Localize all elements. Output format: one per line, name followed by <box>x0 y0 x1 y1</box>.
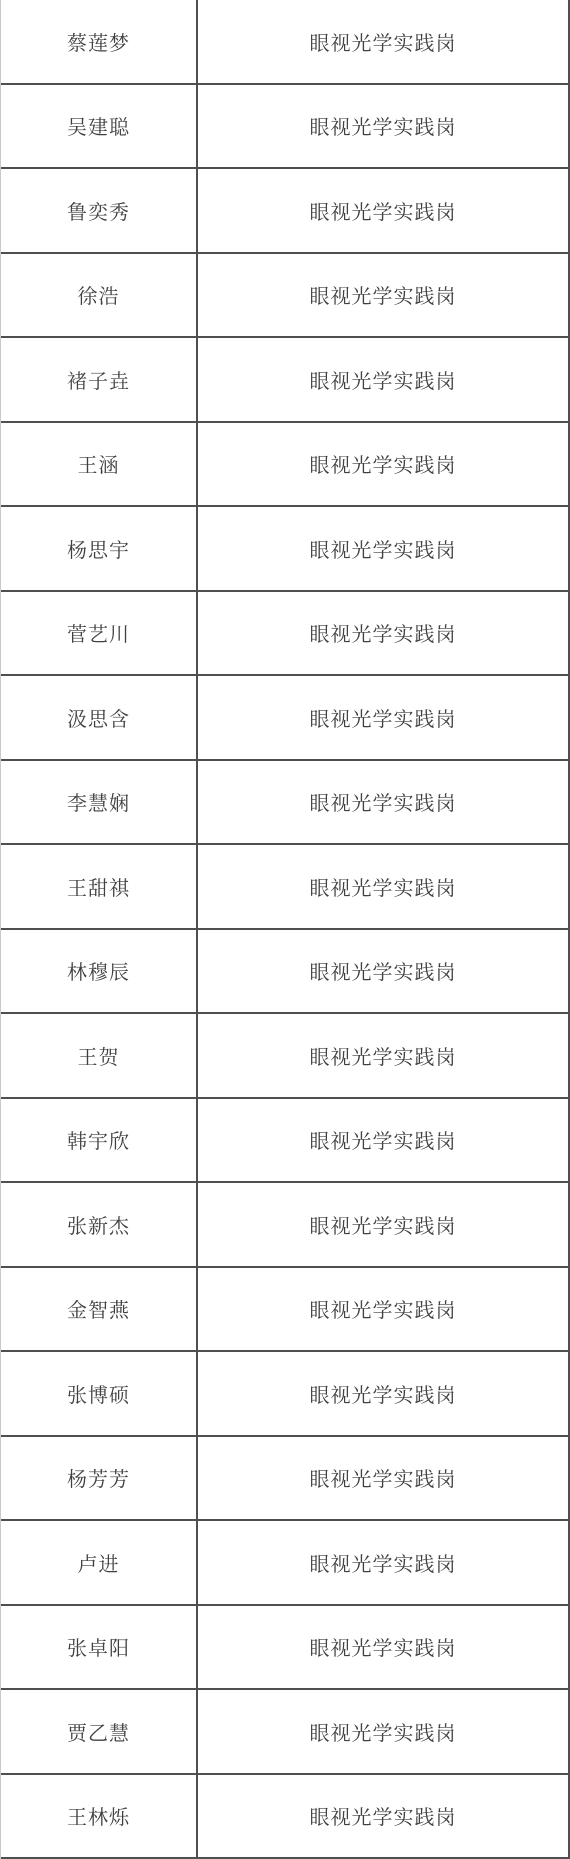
position-label: 眼视光学实践岗 <box>310 1463 457 1492</box>
student-name: 金智燕 <box>67 1294 130 1323</box>
table-row: 杨思宇 眼视光学实践岗 <box>1 507 568 592</box>
table-row: 王甜祺 眼视光学实践岗 <box>1 845 568 930</box>
student-name-cell: 徐浩 <box>1 254 198 337</box>
student-name-cell: 鲁奕秀 <box>1 169 198 252</box>
position-cell: 眼视光学实践岗 <box>198 85 568 168</box>
position-cell: 眼视光学实践岗 <box>198 507 568 590</box>
position-cell: 眼视光学实践岗 <box>198 1014 568 1097</box>
position-cell: 眼视光学实践岗 <box>198 1352 568 1435</box>
position-label: 眼视光学实践岗 <box>310 618 457 647</box>
table-row: 韩宇欣 眼视光学实践岗 <box>1 1099 568 1184</box>
student-name: 蔡莲梦 <box>67 27 130 56</box>
table-row: 徐浩 眼视光学实践岗 <box>1 254 568 339</box>
student-name: 杨芳芳 <box>67 1463 130 1492</box>
student-name-cell: 汲思含 <box>1 676 198 759</box>
student-name-cell: 杨芳芳 <box>1 1437 198 1520</box>
position-cell: 眼视光学实践岗 <box>198 338 568 421</box>
student-name: 李慧娴 <box>67 787 130 816</box>
student-name: 林穆辰 <box>67 956 130 985</box>
student-name-cell: 王林烁 <box>1 1775 198 1858</box>
position-label: 眼视光学实践岗 <box>310 1632 457 1661</box>
position-label: 眼视光学实践岗 <box>310 449 457 478</box>
table-row: 汲思含 眼视光学实践岗 <box>1 676 568 761</box>
table-row: 吴建聪 眼视光学实践岗 <box>1 85 568 170</box>
position-cell: 眼视光学实践岗 <box>198 1521 568 1604</box>
student-name: 王贺 <box>78 1041 120 1070</box>
table-row: 鲁奕秀 眼视光学实践岗 <box>1 169 568 254</box>
student-name-cell: 张卓阳 <box>1 1606 198 1689</box>
student-name: 褚子垚 <box>67 365 130 394</box>
position-label: 眼视光学实践岗 <box>310 1041 457 1070</box>
student-name-cell: 吴建聪 <box>1 85 198 168</box>
student-name: 张新杰 <box>67 1210 130 1239</box>
position-label: 眼视光学实践岗 <box>310 1294 457 1323</box>
position-cell: 眼视光学实践岗 <box>198 1690 568 1773</box>
position-cell: 眼视光学实践岗 <box>198 1437 568 1520</box>
position-label: 眼视光学实践岗 <box>310 534 457 563</box>
student-name: 菅艺川 <box>67 618 130 647</box>
position-cell: 眼视光学实践岗 <box>198 592 568 675</box>
student-name-cell: 褚子垚 <box>1 338 198 421</box>
position-label: 眼视光学实践岗 <box>310 703 457 732</box>
student-name-cell: 林穆辰 <box>1 930 198 1013</box>
position-label: 眼视光学实践岗 <box>310 1548 457 1577</box>
student-name-cell: 蔡莲梦 <box>1 0 198 83</box>
position-label: 眼视光学实践岗 <box>310 1379 457 1408</box>
position-cell: 眼视光学实践岗 <box>198 169 568 252</box>
position-cell: 眼视光学实践岗 <box>198 761 568 844</box>
table-row: 林穆辰 眼视光学实践岗 <box>1 930 568 1015</box>
student-name: 韩宇欣 <box>67 1125 130 1154</box>
student-name: 卢进 <box>78 1548 120 1577</box>
table-row: 张博硕 眼视光学实践岗 <box>1 1352 568 1437</box>
position-cell: 眼视光学实践岗 <box>198 930 568 1013</box>
student-name: 王甜祺 <box>67 872 130 901</box>
student-name-cell: 菅艺川 <box>1 592 198 675</box>
position-label: 眼视光学实践岗 <box>310 1210 457 1239</box>
position-label: 眼视光学实践岗 <box>310 111 457 140</box>
position-label: 眼视光学实践岗 <box>310 872 457 901</box>
student-name-cell: 张新杰 <box>1 1183 198 1266</box>
student-name-cell: 韩宇欣 <box>1 1099 198 1182</box>
student-name: 张卓阳 <box>67 1632 130 1661</box>
position-label: 眼视光学实践岗 <box>310 280 457 309</box>
position-label: 眼视光学实践岗 <box>310 1125 457 1154</box>
student-name-cell: 张博硕 <box>1 1352 198 1435</box>
student-name: 王涵 <box>78 449 120 478</box>
student-name-cell: 李慧娴 <box>1 761 198 844</box>
position-label: 眼视光学实践岗 <box>310 196 457 225</box>
position-label: 眼视光学实践岗 <box>310 365 457 394</box>
position-cell: 眼视光学实践岗 <box>198 676 568 759</box>
table-row: 贾乙慧 眼视光学实践岗 <box>1 1690 568 1775</box>
table-row: 王林烁 眼视光学实践岗 <box>1 1775 568 1859</box>
student-name-cell: 杨思宇 <box>1 507 198 590</box>
student-name-cell: 王涵 <box>1 423 198 506</box>
table-row: 王涵 眼视光学实践岗 <box>1 423 568 508</box>
position-label: 眼视光学实践岗 <box>310 1717 457 1746</box>
student-name-cell: 王甜祺 <box>1 845 198 928</box>
table-row: 王贺 眼视光学实践岗 <box>1 1014 568 1099</box>
table-row: 卢进 眼视光学实践岗 <box>1 1521 568 1606</box>
student-name-cell: 王贺 <box>1 1014 198 1097</box>
student-name: 贾乙慧 <box>67 1717 130 1746</box>
table-row: 杨芳芳 眼视光学实践岗 <box>1 1437 568 1522</box>
position-label: 眼视光学实践岗 <box>310 27 457 56</box>
student-name: 张博硕 <box>67 1379 130 1408</box>
student-name: 徐浩 <box>78 280 120 309</box>
table-row: 张卓阳 眼视光学实践岗 <box>1 1606 568 1691</box>
position-cell: 眼视光学实践岗 <box>198 254 568 337</box>
position-cell: 眼视光学实践岗 <box>198 1775 568 1858</box>
student-name-cell: 金智燕 <box>1 1268 198 1351</box>
position-cell: 眼视光学实践岗 <box>198 423 568 506</box>
position-cell: 眼视光学实践岗 <box>198 1099 568 1182</box>
position-label: 眼视光学实践岗 <box>310 1801 457 1830</box>
table-row: 蔡莲梦 眼视光学实践岗 <box>1 0 568 85</box>
position-cell: 眼视光学实践岗 <box>198 1183 568 1266</box>
position-cell: 眼视光学实践岗 <box>198 1268 568 1351</box>
table-row: 褚子垚 眼视光学实践岗 <box>1 338 568 423</box>
student-name: 王林烁 <box>67 1801 130 1830</box>
position-cell: 眼视光学实践岗 <box>198 0 568 83</box>
student-name-cell: 卢进 <box>1 1521 198 1604</box>
student-name: 吴建聪 <box>67 111 130 140</box>
roster-table: 蔡莲梦 眼视光学实践岗 吴建聪 眼视光学实践岗 鲁奕秀 眼视光学实践岗 徐浩 眼… <box>0 0 570 1859</box>
position-label: 眼视光学实践岗 <box>310 956 457 985</box>
table-row: 李慧娴 眼视光学实践岗 <box>1 761 568 846</box>
position-cell: 眼视光学实践岗 <box>198 1606 568 1689</box>
student-name-cell: 贾乙慧 <box>1 1690 198 1773</box>
position-label: 眼视光学实践岗 <box>310 787 457 816</box>
table-row: 金智燕 眼视光学实践岗 <box>1 1268 568 1353</box>
student-name: 杨思宇 <box>67 534 130 563</box>
table-row: 张新杰 眼视光学实践岗 <box>1 1183 568 1268</box>
student-name: 汲思含 <box>67 703 130 732</box>
position-cell: 眼视光学实践岗 <box>198 845 568 928</box>
table-row: 菅艺川 眼视光学实践岗 <box>1 592 568 677</box>
student-name: 鲁奕秀 <box>67 196 130 225</box>
